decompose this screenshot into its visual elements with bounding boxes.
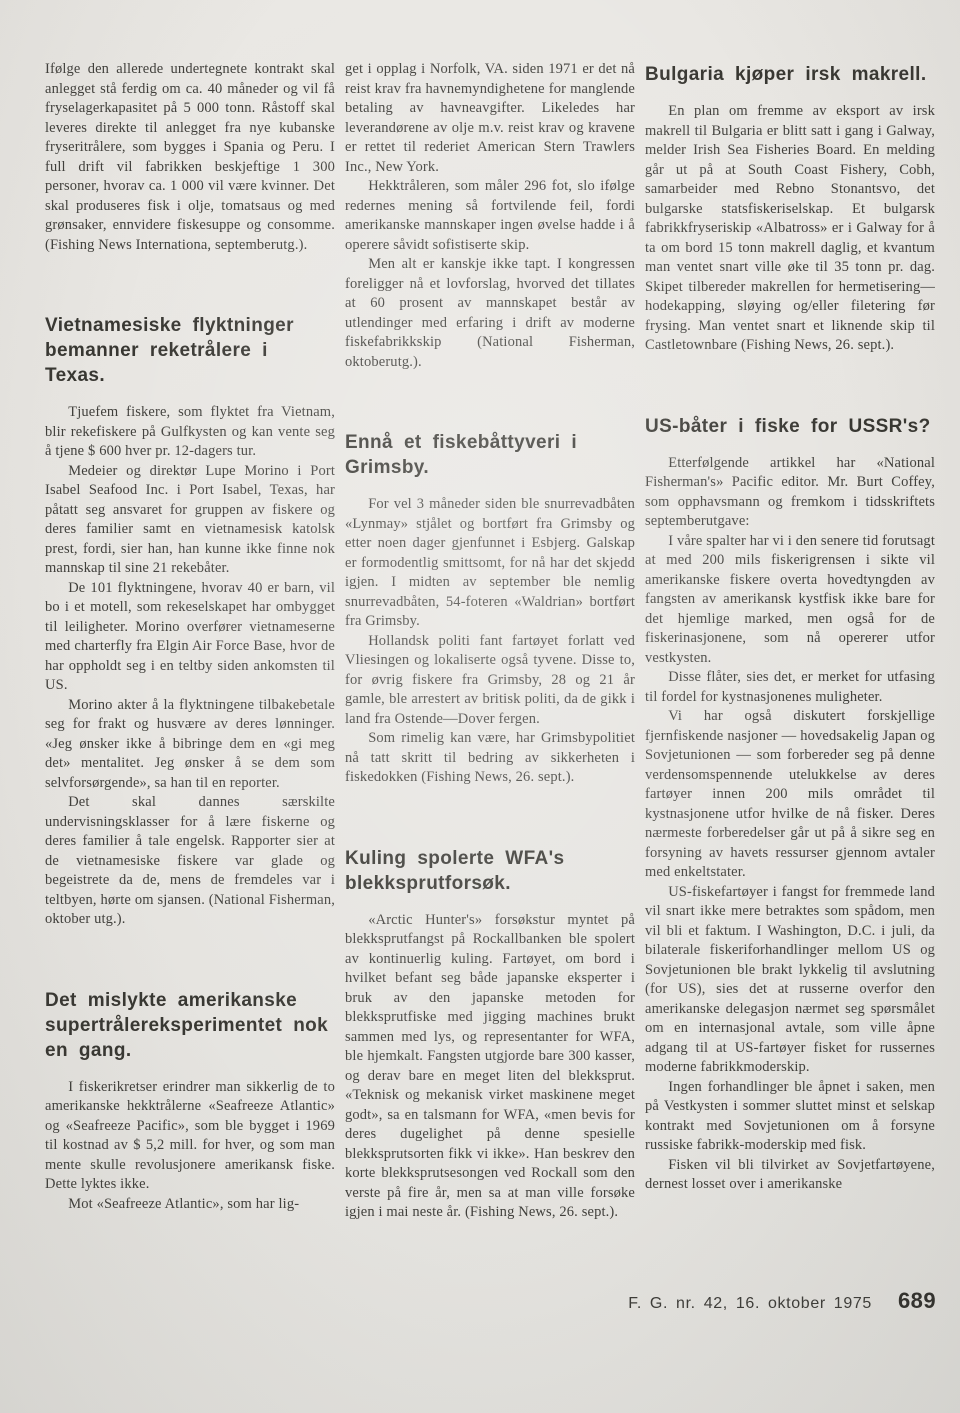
column-left: Ifølge den allerede undertegnete kontrak… xyxy=(45,60,335,1223)
continuation-paragraph: Hekktråleren, som måler 296 fot, slo ifø… xyxy=(345,177,635,255)
article-paragraph: Tjuefem fiskere, som flyktet fra Vietnam… xyxy=(45,403,335,462)
article-paragraph: For vel 3 måneder siden ble snurrevadbåt… xyxy=(345,495,635,632)
article-title-supertrawler-experiment: Det mislykte amerikanske supertrålereksp… xyxy=(45,988,335,1063)
article-columns: Ifølge den allerede undertegnete kontrak… xyxy=(0,0,960,1223)
article-paragraph: Medeier og direktør Lupe Morino i Port I… xyxy=(45,462,335,579)
issue-info: F. G. nr. 42, 16. oktober 1975 xyxy=(628,1295,872,1313)
continuation-paragraph: Men alt er kanskje ikke tapt. I kongress… xyxy=(345,255,635,372)
journal-page: Ifølge den allerede undertegnete kontrak… xyxy=(0,0,960,1413)
article-paragraph: Morino akter å la flyktningene tilbakebe… xyxy=(45,696,335,794)
article-title-wfa-squid-attempt: Kuling spolerte WFA's blekksprutforsøk. xyxy=(345,846,635,896)
article-paragraph: Vi har også diskutert forskjellige fjern… xyxy=(645,707,935,883)
article-paragraph: Ingen forhandlinger ble åpnet i saken, m… xyxy=(645,1078,935,1156)
continuation-paragraph: get i opplag i Norfolk, VA. siden 1971 e… xyxy=(345,60,635,177)
page-footer: F. G. nr. 42, 16. oktober 1975 689 xyxy=(628,1288,936,1314)
article-paragraph: Det skal dannes særskilte undervisningsk… xyxy=(45,793,335,930)
article-paragraph: I fiskerikretser erindrer man sikkerlig … xyxy=(45,1078,335,1195)
article-paragraph: US-fiskefartøyer i fangst for fremmede l… xyxy=(645,883,935,1078)
article-paragraph: I våre spalter har vi i den senere tid f… xyxy=(645,532,935,669)
article-paragraph: Disse flåter, sies det, er merket for ut… xyxy=(645,668,935,707)
article-title-bulgaria-mackerel: Bulgaria kjøper irsk makrell. xyxy=(645,62,935,87)
article-paragraph: Som rimelig kan være, har Grimsbypolitie… xyxy=(345,729,635,788)
article-title-us-boats-ussr: US-båter i fiske for USSR's? xyxy=(645,414,935,439)
column-right: Bulgaria kjøper irsk makrell. En plan om… xyxy=(645,60,935,1223)
article-paragraph: En plan om fremme av eksport av irsk mak… xyxy=(645,102,935,356)
article-title-grimsby-boat-theft: Ennå et fiskebåttyveri i Grimsby. xyxy=(345,430,635,480)
article-paragraph: Etterfølgende artikkel har «National Fis… xyxy=(645,454,935,532)
article-paragraph-column-break: Fisken vil bli tilvirket av Sovjetfartøy… xyxy=(645,1156,935,1195)
article-paragraph-hyphen-break: Mot «Seafreeze Atlantic», som har lig- xyxy=(45,1195,335,1215)
page-number: 689 xyxy=(898,1288,936,1314)
article-paragraph: De 101 flyktningene, hvorav 40 er barn, … xyxy=(45,579,335,696)
continuation-paragraph: Ifølge den allerede undertegnete kontrak… xyxy=(45,60,335,255)
column-middle: get i opplag i Norfolk, VA. siden 1971 e… xyxy=(345,60,635,1223)
article-paragraph: «Arctic Hunter's» forsøkstur myntet på b… xyxy=(345,911,635,1223)
article-title-vietnamese-refugees: Vietnamesiske flyktninger bemanner reket… xyxy=(45,313,335,388)
article-paragraph: Hollandsk politi fant fartøyet forlatt v… xyxy=(345,632,635,730)
